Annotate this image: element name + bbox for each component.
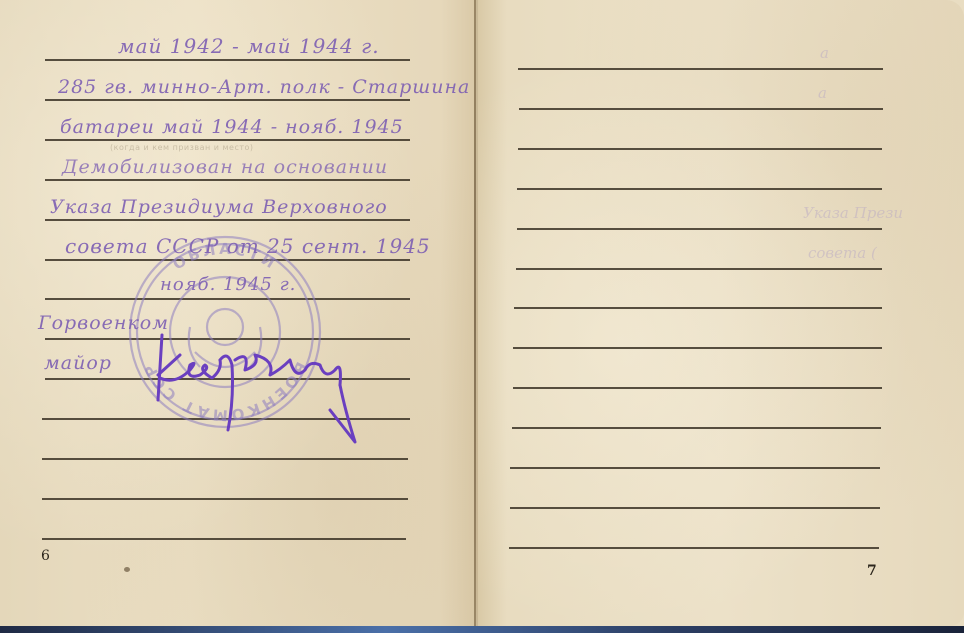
entry-line-1: май 1942 - май 1944 г. bbox=[118, 34, 380, 58]
ink-blot bbox=[124, 567, 130, 572]
page-number-left: 6 bbox=[41, 548, 50, 564]
signatory-title-2: майор bbox=[44, 352, 112, 374]
entry-line-3: батареи май 1944 - нояб. 1945 bbox=[60, 116, 404, 138]
ruled-line bbox=[45, 59, 410, 61]
ruled-line bbox=[509, 547, 879, 549]
ruled-line bbox=[516, 268, 882, 270]
entry-line-5: Указа Президиума Верховного bbox=[50, 196, 388, 218]
ruled-line bbox=[517, 188, 882, 190]
printed-caption: (когда и кем призван и место) bbox=[110, 143, 254, 152]
ruled-line bbox=[510, 467, 880, 469]
ruled-line bbox=[42, 498, 408, 500]
ruled-line bbox=[45, 219, 410, 221]
right-page: а а Указа Прези совета ( 7 bbox=[478, 0, 964, 626]
ghost-mark: совета ( bbox=[808, 244, 877, 262]
page-number-right: 7 bbox=[867, 563, 877, 579]
ruled-line bbox=[510, 507, 880, 509]
ruled-line bbox=[45, 139, 410, 141]
booklet-spread: (когда и кем призван и место) ОБЛАСТИ ВО… bbox=[0, 0, 964, 626]
ruled-line bbox=[513, 347, 882, 349]
ruled-line bbox=[514, 307, 882, 309]
ruled-line bbox=[518, 148, 882, 150]
book-gutter bbox=[474, 0, 476, 626]
ghost-mark: а bbox=[818, 84, 827, 102]
ruled-line bbox=[42, 458, 408, 460]
ruled-line bbox=[42, 538, 406, 540]
ruled-line bbox=[512, 427, 881, 429]
ruled-line bbox=[519, 108, 883, 110]
ruled-line bbox=[517, 228, 882, 230]
ghost-mark: а bbox=[820, 44, 829, 62]
entry-line-4: Демобилизован на основании bbox=[62, 156, 388, 178]
signature-icon bbox=[150, 330, 370, 450]
scanner-edge bbox=[0, 626, 964, 633]
ghost-mark: Указа Прези bbox=[803, 204, 903, 222]
ruled-line bbox=[513, 387, 882, 389]
entry-line-7: нояб. 1945 г. bbox=[160, 274, 296, 295]
ruled-line bbox=[518, 68, 883, 70]
entry-line-2: 285 гв. минно-Арт. полк - Старшина bbox=[58, 76, 470, 98]
ruled-line bbox=[45, 179, 410, 181]
left-page: (когда и кем призван и место) ОБЛАСТИ ВО… bbox=[0, 0, 478, 626]
ruled-line bbox=[45, 99, 410, 101]
entry-line-6: совета СССР от 25 сент. 1945 bbox=[65, 234, 431, 258]
